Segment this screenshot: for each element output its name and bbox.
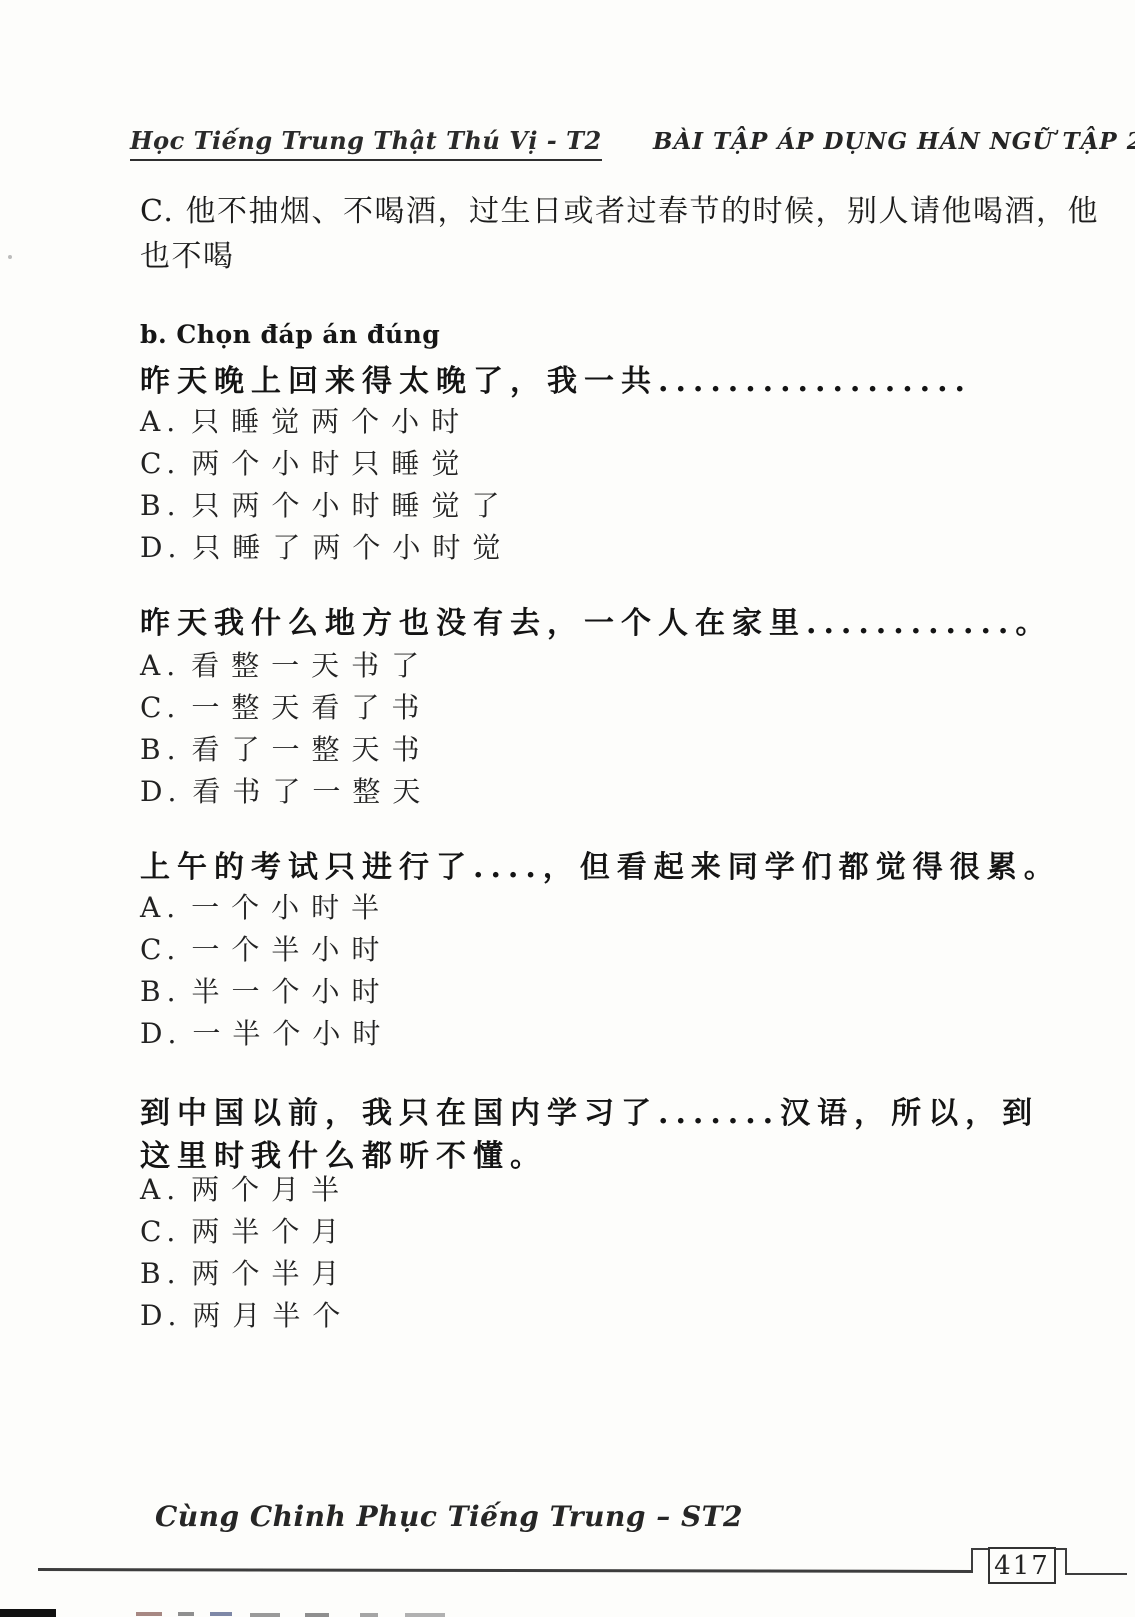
option-label: C. xyxy=(140,691,181,724)
question-1-option-a: A.只睡觉两个小时 xyxy=(140,400,471,440)
option-label: B. xyxy=(140,1257,181,1290)
scan-artifact-fragment xyxy=(360,1613,378,1617)
option-text: 一个小时半 xyxy=(191,891,391,924)
option-label: A. xyxy=(140,1173,181,1206)
option-label: D. xyxy=(140,1017,182,1050)
option-text: 两个月半 xyxy=(191,1173,351,1206)
option-text: 只两个小时睡觉了 xyxy=(191,489,511,522)
question-3-option-b: B.半一个小时 xyxy=(140,970,392,1010)
option-label: D. xyxy=(140,775,182,808)
question-4-option-c: C.两半个月 xyxy=(140,1210,351,1250)
option-text: 看书了一整天 xyxy=(192,775,432,808)
question-2-option-c: C.一整天看了书 xyxy=(140,686,431,726)
scan-artifact-fragment xyxy=(405,1613,445,1617)
header-right-title: BÀI TẬP ÁP DỤNG HÁN NGỮ TẬP 2 xyxy=(653,128,1135,155)
question-4-option-b: B.两个半月 xyxy=(140,1252,352,1292)
option-label: B. xyxy=(140,489,181,522)
option-text: 一半个小时 xyxy=(192,1017,392,1050)
question-1-option-b: B.只两个小时睡觉了 xyxy=(140,484,512,524)
question-3-option-d: D.一半个小时 xyxy=(140,1012,392,1052)
option-label: D. xyxy=(140,1299,182,1332)
scan-artifact-fragment xyxy=(178,1612,194,1616)
footer-rule-right xyxy=(1065,1573,1127,1575)
scan-speck xyxy=(8,255,12,259)
scan-artifact-fragment xyxy=(210,1612,232,1616)
option-text: 只睡了两个小时觉 xyxy=(192,531,512,564)
footer-book-title: Cùng Chinh Phục Tiếng Trung – ST2 xyxy=(155,1500,743,1533)
option-label: C. xyxy=(140,1215,181,1248)
question-3-option-a: A.一个小时半 xyxy=(140,886,391,926)
question-2-option-d: D.看书了一整天 xyxy=(140,770,432,810)
option-label: A. xyxy=(140,405,181,438)
option-label: B. xyxy=(140,975,181,1008)
option-label: B. xyxy=(140,733,181,766)
section-b-heading: b. Chọn đáp án đúng xyxy=(140,320,440,349)
option-label: A. xyxy=(140,649,181,682)
question-1-stem: 昨天晚上回来得太晚了，我一共.................. xyxy=(140,356,972,400)
question-3-option-c: C.一个半小时 xyxy=(140,928,391,968)
option-text: 两个小时只睡觉 xyxy=(191,447,471,480)
option-text: 看了一整天书 xyxy=(191,733,431,766)
option-label: A. xyxy=(140,891,181,924)
question-1-option-d: D.只睡了两个小时觉 xyxy=(140,526,512,566)
question-1-option-c: C.两个小时只睡觉 xyxy=(140,442,471,482)
scan-artifact-bar xyxy=(0,1609,56,1617)
option-text: 两个半月 xyxy=(191,1257,351,1290)
option-label: D. xyxy=(140,531,182,564)
header-left-title: Học Tiếng Trung Thật Thú Vị - T2 xyxy=(130,126,602,161)
option-text: 两半个月 xyxy=(191,1215,351,1248)
option-text: 半一个小时 xyxy=(191,975,391,1008)
option-label: C. xyxy=(140,933,181,966)
scan-artifact-fragment xyxy=(305,1613,329,1617)
page-number: 417 xyxy=(988,1547,1056,1584)
footer-rule-step-right xyxy=(1065,1548,1067,1575)
question-4-option-a: A.两个月半 xyxy=(140,1168,351,1208)
scan-artifact-fragment xyxy=(136,1612,162,1616)
question-2-stem: 昨天我什么地方也没有去，一个人在家里............。 xyxy=(140,598,1052,642)
question-4-option-d: D.两月半个 xyxy=(140,1294,352,1334)
answer-c-line-2: 也不喝 xyxy=(140,231,235,275)
option-text: 一个半小时 xyxy=(191,933,391,966)
option-text: 看整一天书了 xyxy=(191,649,431,682)
option-text: 只睡觉两个小时 xyxy=(191,405,471,438)
scan-artifact-fragment xyxy=(250,1613,280,1617)
footer-rule-step-left xyxy=(971,1549,973,1572)
option-text: 一整天看了书 xyxy=(191,691,431,724)
question-2-option-b: B.看了一整天书 xyxy=(140,728,432,768)
question-4-stem-line-1: 到中国以前，我只在国内学习了.......汉语，所以，到 xyxy=(140,1088,1039,1132)
answer-c-line-1: C. 他不抽烟、不喝酒，过生日或者过春节的时候，别人请他喝酒，他 xyxy=(140,186,1099,230)
scanned-textbook-page: Học Tiếng Trung Thật Thú Vị - T2 BÀI TẬP… xyxy=(0,0,1135,1617)
question-3-stem: 上午的考试只进行了....，但看起来同学们都觉得很累。 xyxy=(140,842,1061,886)
footer-rule-left xyxy=(38,1568,973,1573)
option-label: C. xyxy=(140,447,181,480)
question-2-option-a: A.看整一天书了 xyxy=(140,644,431,684)
option-text: 两月半个 xyxy=(192,1299,352,1332)
